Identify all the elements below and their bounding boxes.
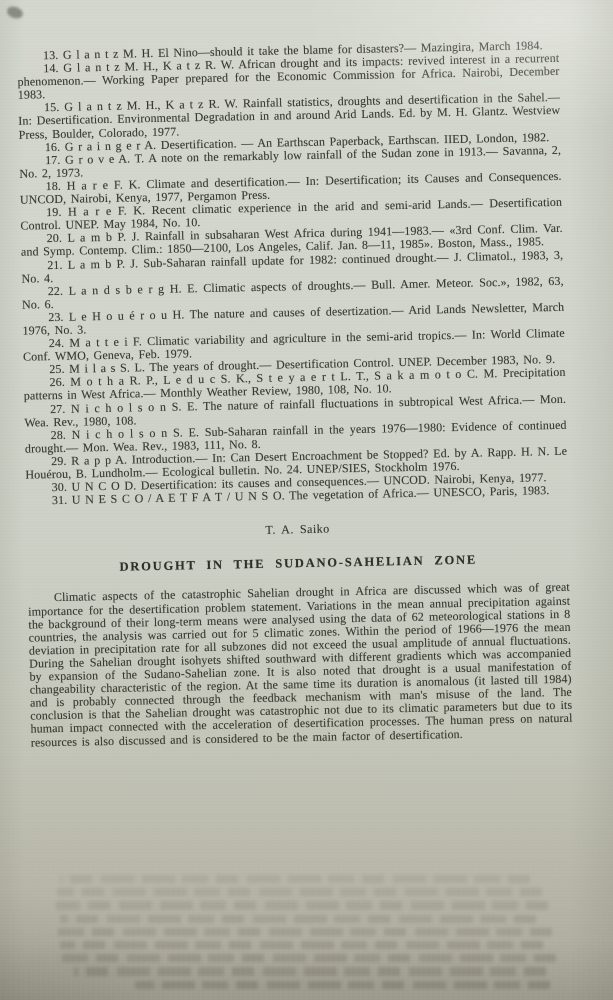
- article-author: T. A. Saiko: [27, 518, 569, 542]
- article-title: DROUGHT IN THE SUDANO-SAHELIAN ZONE: [27, 552, 569, 576]
- printed-text-block: 13. G l a n t z M. H. El Nino—should it …: [17, 39, 573, 749]
- page-tilt-wrapper: 13. G l a n t z M. H. El Nino—should it …: [0, 0, 613, 1000]
- article-abstract: Climatic aspects of the catastrophic Sah…: [28, 581, 573, 749]
- scanned-journal-page: 13. G l a n t z M. H. El Nino—should it …: [0, 0, 613, 1000]
- reference-list: 13. G l a n t z M. H. El Nino—should it …: [17, 39, 568, 508]
